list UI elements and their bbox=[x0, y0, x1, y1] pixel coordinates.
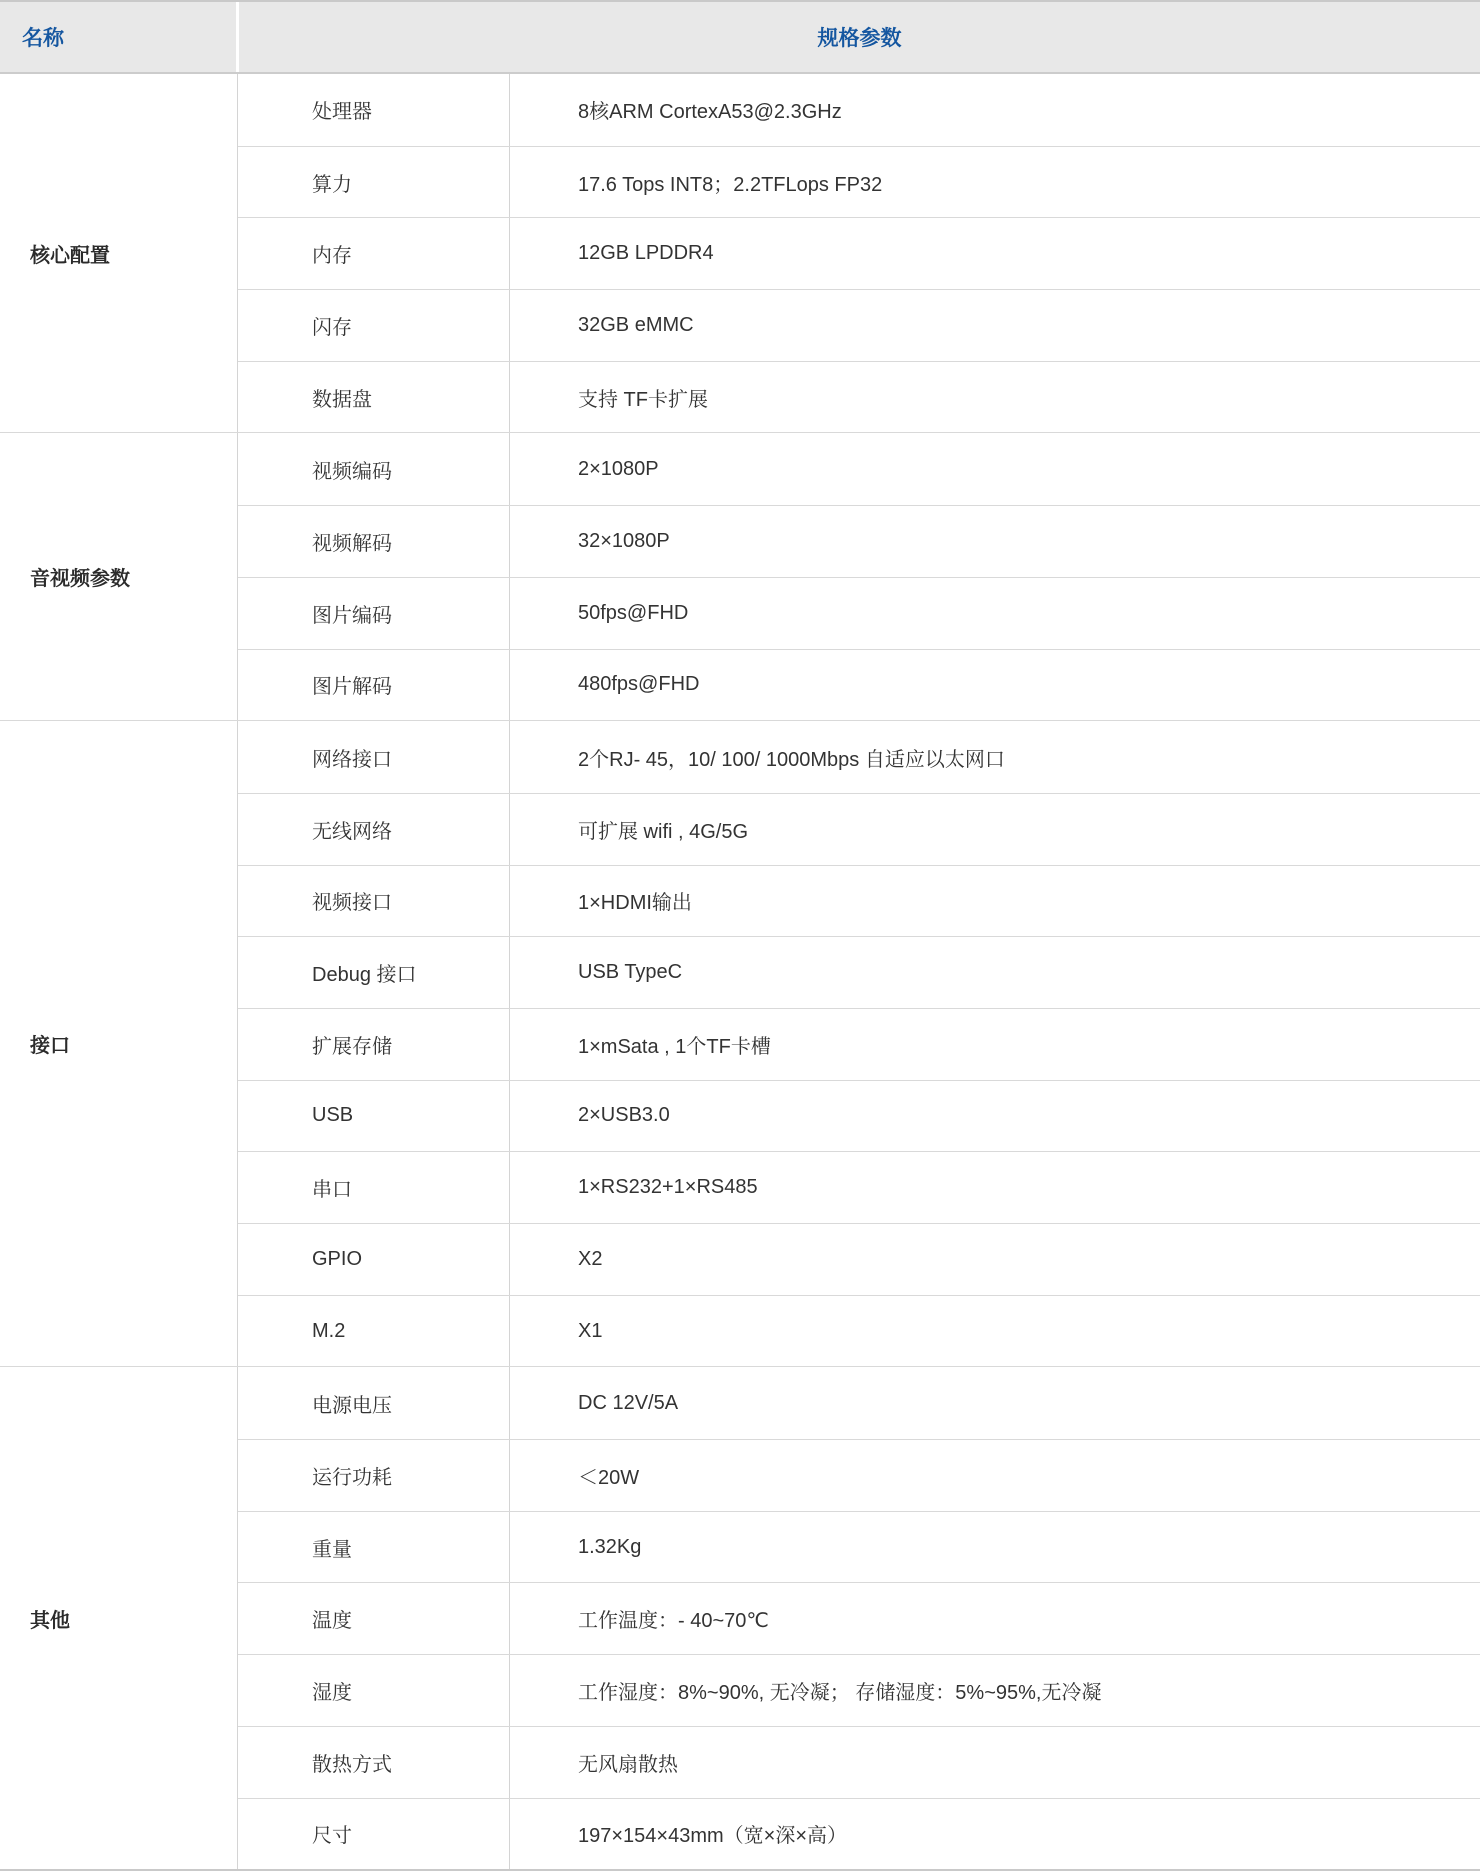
spec-label: 温度 bbox=[238, 1583, 510, 1654]
spec-label: 内存 bbox=[238, 218, 510, 289]
group-rows: 处理器8核ARM CortexA53@2.3GHz算力17.6 Tops INT… bbox=[238, 74, 1480, 432]
header-name-cell: 名称 bbox=[0, 2, 236, 72]
spec-value: 1.32Kg bbox=[510, 1512, 1480, 1583]
spec-label: 视频解码 bbox=[238, 506, 510, 577]
table-row: 内存12GB LPDDR4 bbox=[238, 217, 1480, 289]
spec-label: 视频编码 bbox=[238, 433, 510, 505]
spec-label: USB bbox=[238, 1081, 510, 1152]
spec-value: 32×1080P bbox=[510, 506, 1480, 577]
spec-label: 运行功耗 bbox=[238, 1440, 510, 1511]
spec-label: GPIO bbox=[238, 1224, 510, 1295]
spec-table: 名称 规格参数 核心配置处理器8核ARM CortexA53@2.3GHz算力1… bbox=[0, 0, 1480, 1871]
spec-value: 8核ARM CortexA53@2.3GHz bbox=[510, 74, 1480, 146]
table-row: 图片解码480fps@FHD bbox=[238, 649, 1480, 721]
spec-value: 480fps@FHD bbox=[510, 650, 1480, 721]
table-header-row: 名称 规格参数 bbox=[0, 2, 1480, 74]
spec-label: 视频接口 bbox=[238, 866, 510, 937]
spec-value: 可扩展 wifi , 4G/5G bbox=[510, 794, 1480, 865]
header-spec-cell: 规格参数 bbox=[239, 2, 1480, 72]
group-section: 核心配置处理器8核ARM CortexA53@2.3GHz算力17.6 Tops… bbox=[0, 74, 1480, 432]
table-row: 运行功耗＜20W bbox=[238, 1439, 1480, 1511]
table-body: 核心配置处理器8核ARM CortexA53@2.3GHz算力17.6 Tops… bbox=[0, 74, 1480, 1869]
spec-label: 重量 bbox=[238, 1512, 510, 1583]
spec-value: 2×USB3.0 bbox=[510, 1081, 1480, 1152]
spec-label: 图片解码 bbox=[238, 650, 510, 721]
spec-value: ＜20W bbox=[510, 1440, 1480, 1511]
spec-value: 1×RS232+1×RS485 bbox=[510, 1152, 1480, 1223]
table-row: 扩展存储1×mSata , 1个TF卡槽 bbox=[238, 1008, 1480, 1080]
spec-label: M.2 bbox=[238, 1296, 510, 1367]
group-label: 其他 bbox=[0, 1367, 238, 1869]
spec-label: 网络接口 bbox=[238, 721, 510, 793]
table-row: 闪存32GB eMMC bbox=[238, 289, 1480, 361]
spec-value: 支持 TF卡扩展 bbox=[510, 362, 1480, 433]
table-row: 无线网络可扩展 wifi , 4G/5G bbox=[238, 793, 1480, 865]
spec-value: 32GB eMMC bbox=[510, 290, 1480, 361]
spec-label: 数据盘 bbox=[238, 362, 510, 433]
group-rows: 网络接口2个RJ- 45，10/ 100/ 1000Mbps 自适应以太网口无线… bbox=[238, 721, 1480, 1366]
spec-value: 197×154×43mm（宽×深×高） bbox=[510, 1799, 1480, 1870]
table-row: 网络接口2个RJ- 45，10/ 100/ 1000Mbps 自适应以太网口 bbox=[238, 721, 1480, 793]
table-row: 视频编码2×1080P bbox=[238, 433, 1480, 505]
spec-label: 处理器 bbox=[238, 74, 510, 146]
table-row: 处理器8核ARM CortexA53@2.3GHz bbox=[238, 74, 1480, 146]
group-label: 核心配置 bbox=[0, 74, 238, 432]
spec-label: 图片编码 bbox=[238, 578, 510, 649]
table-row: 串口1×RS232+1×RS485 bbox=[238, 1151, 1480, 1223]
spec-value: 2×1080P bbox=[510, 433, 1480, 505]
spec-label: 散热方式 bbox=[238, 1727, 510, 1798]
spec-value: 1×HDMI输出 bbox=[510, 866, 1480, 937]
table-row: 数据盘支持 TF卡扩展 bbox=[238, 361, 1480, 433]
spec-label: 电源电压 bbox=[238, 1367, 510, 1439]
table-row: 算力17.6 Tops INT8；2.2TFLops FP32 bbox=[238, 146, 1480, 218]
spec-value: 2个RJ- 45，10/ 100/ 1000Mbps 自适应以太网口 bbox=[510, 721, 1480, 793]
spec-value: 无风扇散热 bbox=[510, 1727, 1480, 1798]
spec-label: 湿度 bbox=[238, 1655, 510, 1726]
spec-label: 串口 bbox=[238, 1152, 510, 1223]
spec-label: 无线网络 bbox=[238, 794, 510, 865]
spec-label: 闪存 bbox=[238, 290, 510, 361]
group-label: 接口 bbox=[0, 721, 238, 1366]
spec-value: 12GB LPDDR4 bbox=[510, 218, 1480, 289]
spec-value: 工作湿度：8%~90%, 无冷凝； 存储湿度：5%~95%,无冷凝 bbox=[510, 1655, 1480, 1726]
spec-label: 扩展存储 bbox=[238, 1009, 510, 1080]
group-section: 其他电源电压DC 12V/5A运行功耗＜20W重量1.32Kg温度工作温度：- … bbox=[0, 1366, 1480, 1869]
group-section: 接口网络接口2个RJ- 45，10/ 100/ 1000Mbps 自适应以太网口… bbox=[0, 720, 1480, 1366]
table-row: USB2×USB3.0 bbox=[238, 1080, 1480, 1152]
spec-value: X2 bbox=[510, 1224, 1480, 1295]
group-section: 音视频参数视频编码2×1080P视频解码32×1080P图片编码50fps@FH… bbox=[0, 432, 1480, 720]
group-label: 音视频参数 bbox=[0, 433, 238, 720]
table-row: GPIOX2 bbox=[238, 1223, 1480, 1295]
table-row: 温度工作温度：- 40~70℃ bbox=[238, 1582, 1480, 1654]
spec-value: DC 12V/5A bbox=[510, 1367, 1480, 1439]
table-row: 散热方式无风扇散热 bbox=[238, 1726, 1480, 1798]
table-row: M.2X1 bbox=[238, 1295, 1480, 1367]
table-row: 湿度工作湿度：8%~90%, 无冷凝； 存储湿度：5%~95%,无冷凝 bbox=[238, 1654, 1480, 1726]
spec-label: Debug 接口 bbox=[238, 937, 510, 1008]
spec-value: USB TypeC bbox=[510, 937, 1480, 1008]
group-rows: 视频编码2×1080P视频解码32×1080P图片编码50fps@FHD图片解码… bbox=[238, 433, 1480, 720]
table-row: 视频接口1×HDMI输出 bbox=[238, 865, 1480, 937]
table-row: 尺寸197×154×43mm（宽×深×高） bbox=[238, 1798, 1480, 1870]
table-row: 电源电压DC 12V/5A bbox=[238, 1367, 1480, 1439]
spec-value: 17.6 Tops INT8；2.2TFLops FP32 bbox=[510, 147, 1480, 218]
spec-value: X1 bbox=[510, 1296, 1480, 1367]
table-row: 视频解码32×1080P bbox=[238, 505, 1480, 577]
table-row: Debug 接口USB TypeC bbox=[238, 936, 1480, 1008]
spec-value: 1×mSata , 1个TF卡槽 bbox=[510, 1009, 1480, 1080]
spec-value: 工作温度：- 40~70℃ bbox=[510, 1583, 1480, 1654]
spec-label: 算力 bbox=[238, 147, 510, 218]
spec-value: 50fps@FHD bbox=[510, 578, 1480, 649]
spec-label: 尺寸 bbox=[238, 1799, 510, 1870]
group-rows: 电源电压DC 12V/5A运行功耗＜20W重量1.32Kg温度工作温度：- 40… bbox=[238, 1367, 1480, 1869]
table-row: 图片编码50fps@FHD bbox=[238, 577, 1480, 649]
table-row: 重量1.32Kg bbox=[238, 1511, 1480, 1583]
